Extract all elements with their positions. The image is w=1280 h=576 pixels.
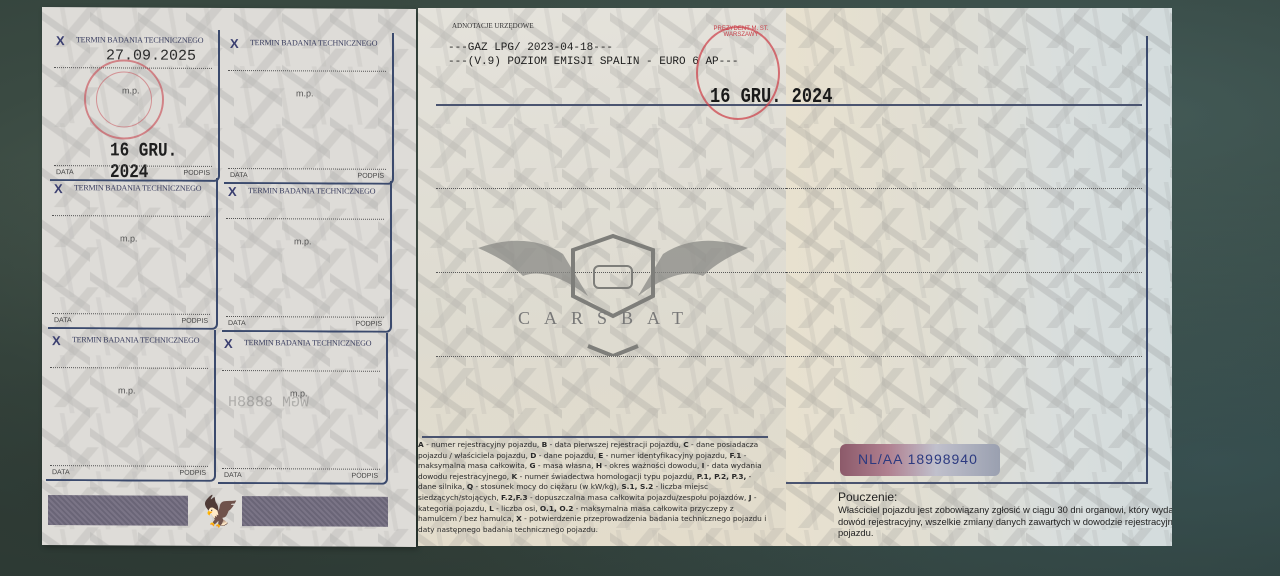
legend-desc: - data pierwszej rejestracji pojazdu, — [547, 440, 683, 449]
office-seal-text: PREZYDENT M. ST. WARSZAWY — [706, 26, 776, 38]
inspection-x-mark: X — [228, 184, 237, 199]
inspection-data-label: DATA — [54, 317, 72, 324]
decorative-bar-right — [242, 496, 388, 527]
legend-key: F.1 — [729, 451, 741, 460]
legend-key: O.1, O.2 — [540, 504, 574, 513]
legend-desc: - dane pojazdu, — [536, 451, 598, 460]
legend-desc: - numer identyfikacyjny pojazdu, — [603, 451, 729, 460]
watermark-text: CARSBAT — [518, 308, 697, 329]
inspection-mp: m.p. — [296, 88, 314, 98]
inspection-title: TERMIN BADANIA TECHNICZNEGO — [76, 35, 203, 45]
inspection-box: XTERMIN BADANIA TECHNICZNEGOm.p.DATAPODP… — [46, 329, 216, 482]
inspection-box: XTERMIN BADANIA TECHNICZNEGOm.p.DATAPODP… — [48, 177, 218, 330]
inspection-x-mark: X — [224, 336, 233, 351]
legend-key: P.1, P.2, P.3, — [697, 472, 747, 481]
polish-eagle-emblem-icon: 🦅 — [202, 492, 232, 534]
inspection-box: XTERMIN BADANIA TECHNICZNEGOm.p.27.09.20… — [50, 29, 220, 182]
inspection-podpis-label: PODPIS — [358, 173, 384, 180]
legend-desc: - dopuszczalna masa całkowita pojazdu/ze… — [528, 493, 749, 502]
legend-desc: - okres ważności dowodu, — [602, 461, 702, 470]
legend-desc: - numer rejestracyjny pojazdu, — [424, 440, 542, 449]
inspection-podpis-label: PODPIS — [184, 170, 210, 177]
inspection-box: XTERMIN BADANIA TECHNICZNEGOm.p.DATAPODP… — [224, 32, 394, 185]
inspection-data-label: DATA — [224, 472, 242, 479]
inspection-podpis-label: PODPIS — [352, 473, 378, 480]
office-stamp-date: 16 GRU. 2024 — [710, 86, 832, 110]
inspection-x-mark: X — [230, 36, 239, 51]
inspection-due-date: 27.09.2025 — [106, 47, 196, 64]
notice-title: Pouczenie: — [838, 490, 897, 504]
inspection-mp: m.p. — [122, 85, 140, 95]
inspection-box: XTERMIN BADANIA TECHNICZNEGOm.p.WGM 8888… — [218, 332, 388, 485]
inspection-title: TERMIN BADANIA TECHNICZNEGO — [248, 186, 375, 196]
inspection-seal-stamp-icon — [84, 59, 164, 139]
inspection-podpis-label: PODPIS — [182, 318, 208, 325]
decorative-bar-left — [48, 495, 188, 526]
inspection-title: TERMIN BADANIA TECHNICZNEGO — [72, 335, 199, 345]
legend-key: S.1, S.2 — [621, 482, 653, 491]
field-legend: A - numer rejestracyjny pojazdu, B - dat… — [418, 440, 768, 535]
inspection-data-label: DATA — [56, 169, 74, 176]
inspection-title: TERMIN BADANIA TECHNICZNEGO — [250, 38, 377, 48]
inspection-mp: m.p. — [118, 385, 136, 395]
inspection-x-mark: X — [54, 181, 63, 196]
carsbat-watermark-logo-icon — [468, 226, 758, 356]
inspection-data-label: DATA — [230, 172, 248, 179]
legend-desc: - numer świadectwa homologacji typu poja… — [517, 472, 696, 481]
legend-desc: - liczba osi, — [494, 504, 540, 513]
inspection-ghost-imprint: WGM 8888H — [228, 394, 309, 411]
legend-desc: - masa własna, — [536, 461, 596, 470]
inspection-podpis-label: PODPIS — [180, 470, 206, 477]
inspection-panel: XTERMIN BADANIA TECHNICZNEGOm.p.27.09.20… — [42, 7, 416, 547]
inspection-title: TERMIN BADANIA TECHNICZNEGO — [74, 183, 201, 193]
notice-text: Właściciel pojazdu jest zobowiązany zgło… — [838, 504, 1172, 539]
inspection-data-label: DATA — [52, 469, 70, 476]
legend-desc: - stosunek mocy do ciężaru (w kW/kg), — [473, 482, 621, 491]
inspection-title: TERMIN BADANIA TECHNICZNEGO — [244, 338, 371, 348]
inspection-box: XTERMIN BADANIA TECHNICZNEGOm.p.DATAPODP… — [222, 180, 392, 333]
inspection-data-label: DATA — [228, 320, 246, 327]
inspection-mp: m.p. — [120, 233, 138, 243]
inspection-x-mark: X — [52, 333, 61, 348]
inspection-podpis-label: PODPIS — [356, 321, 382, 328]
inspection-x-mark: X — [56, 33, 65, 48]
legend-key: F.2,F.3 — [501, 493, 528, 502]
inspection-mp: m.p. — [294, 236, 312, 246]
hologram-sticker: NL/AA 18998940 — [840, 444, 1000, 476]
hologram-serial: NL/AA 18998940 — [858, 451, 978, 467]
registration-document: XTERMIN BADANIA TECHNICZNEGOm.p.27.09.20… — [42, 8, 1172, 546]
